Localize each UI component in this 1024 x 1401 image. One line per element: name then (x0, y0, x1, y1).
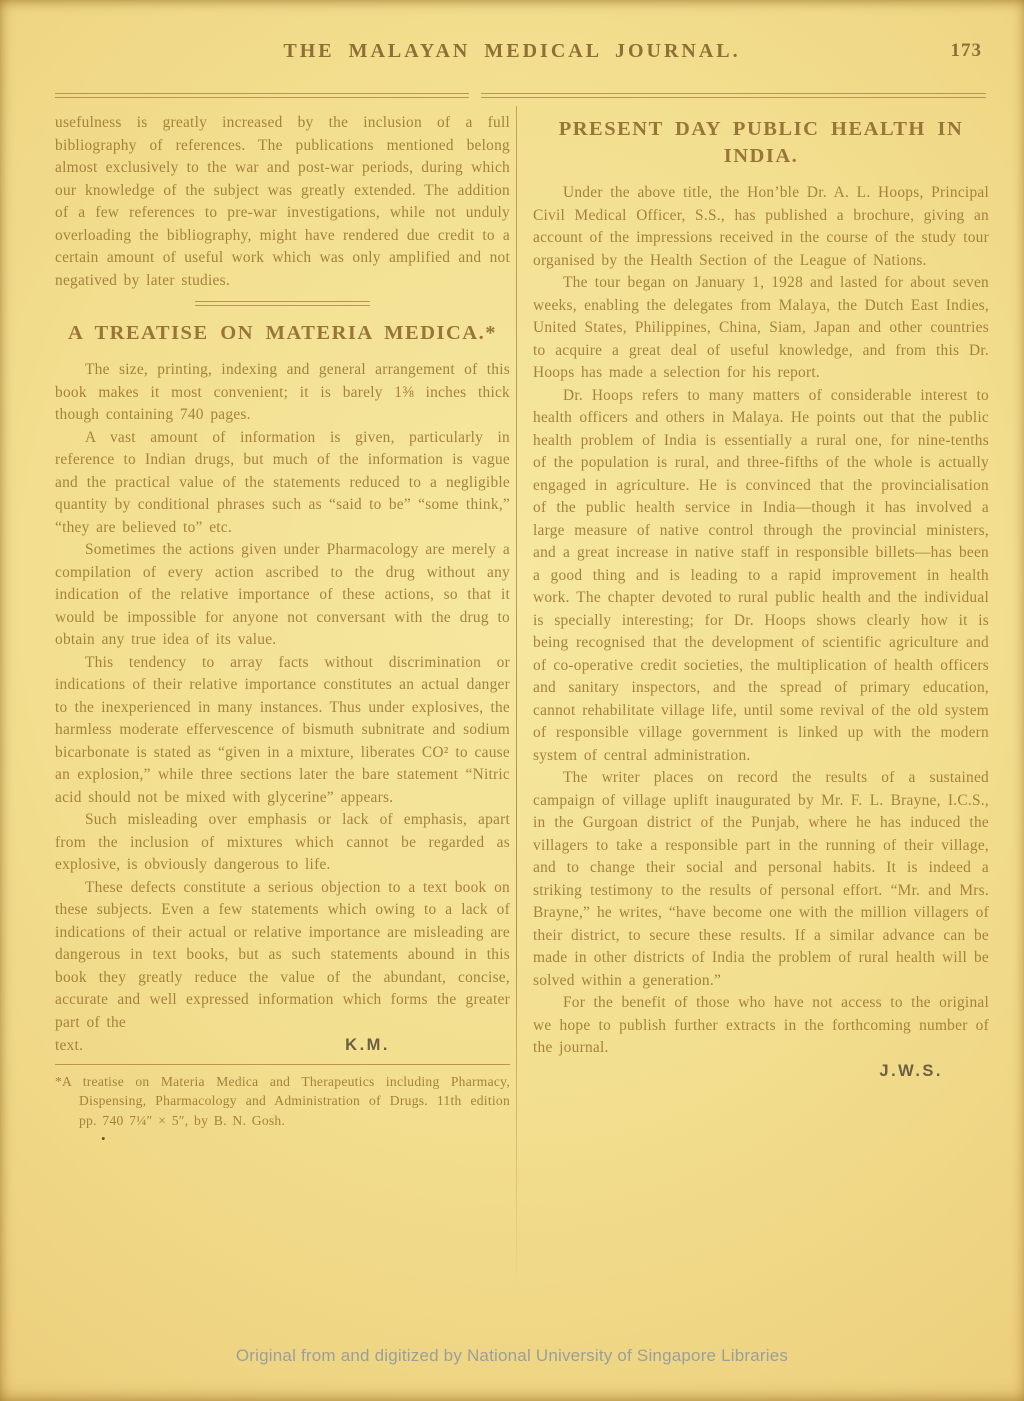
header-rule-left-segment (55, 93, 469, 98)
scanned-journal-page: THE MALAYAN MEDICAL JOURNAL. 173 usefuln… (0, 0, 1024, 1401)
header-rule-right-segment (481, 93, 986, 98)
article-paragraph: Such misleading over emphasis or lack of… (55, 809, 510, 877)
left-column: usefulness is greatly increased by the i… (55, 112, 516, 1291)
article-paragraph: The size, printing, indexing and general… (55, 359, 510, 427)
footnote-rule (55, 1064, 510, 1065)
article-paragraph: Dr. Hoops refers to many matters of cons… (533, 385, 989, 768)
page-columns: usefulness is greatly increased by the i… (55, 112, 989, 1291)
article-paragraph: Sometimes the actions given under Pharma… (55, 539, 510, 652)
article-paragraph: A vast amount of information is given, p… (55, 427, 510, 540)
article-paragraph: This tendency to array facts without dis… (55, 652, 510, 810)
section-separator (195, 301, 370, 306)
closing-word: text. (55, 1035, 83, 1058)
article-paragraph: The writer places on record the results … (533, 767, 989, 992)
closing-line: text. K.M. (55, 1034, 510, 1058)
article-paragraph: Under the above title, the Hon’ble Dr. A… (533, 182, 989, 272)
author-initials-jws: J.W.S. (879, 1062, 943, 1080)
header-rule (55, 93, 986, 98)
continued-paragraph: usefulness is greatly increased by the i… (55, 112, 510, 292)
footnote-text: *A treatise on Materia Medica and Therap… (55, 1072, 510, 1131)
article-paragraph: These defects constitute a serious objec… (55, 877, 510, 1035)
article-title-materia-medica: A TREATISE ON MATERIA MEDICA.* (55, 320, 510, 347)
article-paragraph: The tour began on January 1, 1928 and la… (533, 272, 989, 385)
author-initials-km: K.M. (345, 1034, 390, 1057)
footnote-bullet-mark: • (101, 1134, 510, 1144)
right-column: PRESENT DAY PUBLIC HEALTH IN INDIA. Unde… (517, 112, 989, 1291)
page-number: 173 (951, 40, 983, 62)
article-title-public-health-india: PRESENT DAY PUBLIC HEALTH IN INDIA. (533, 116, 989, 170)
digitization-attribution: Original from and digitized by National … (0, 1346, 1024, 1366)
signature-line: J.W.S. (533, 1062, 943, 1081)
journal-title: THE MALAYAN MEDICAL JOURNAL. (0, 40, 1024, 63)
article-paragraph: For the benefit of those who have not ac… (533, 992, 989, 1060)
